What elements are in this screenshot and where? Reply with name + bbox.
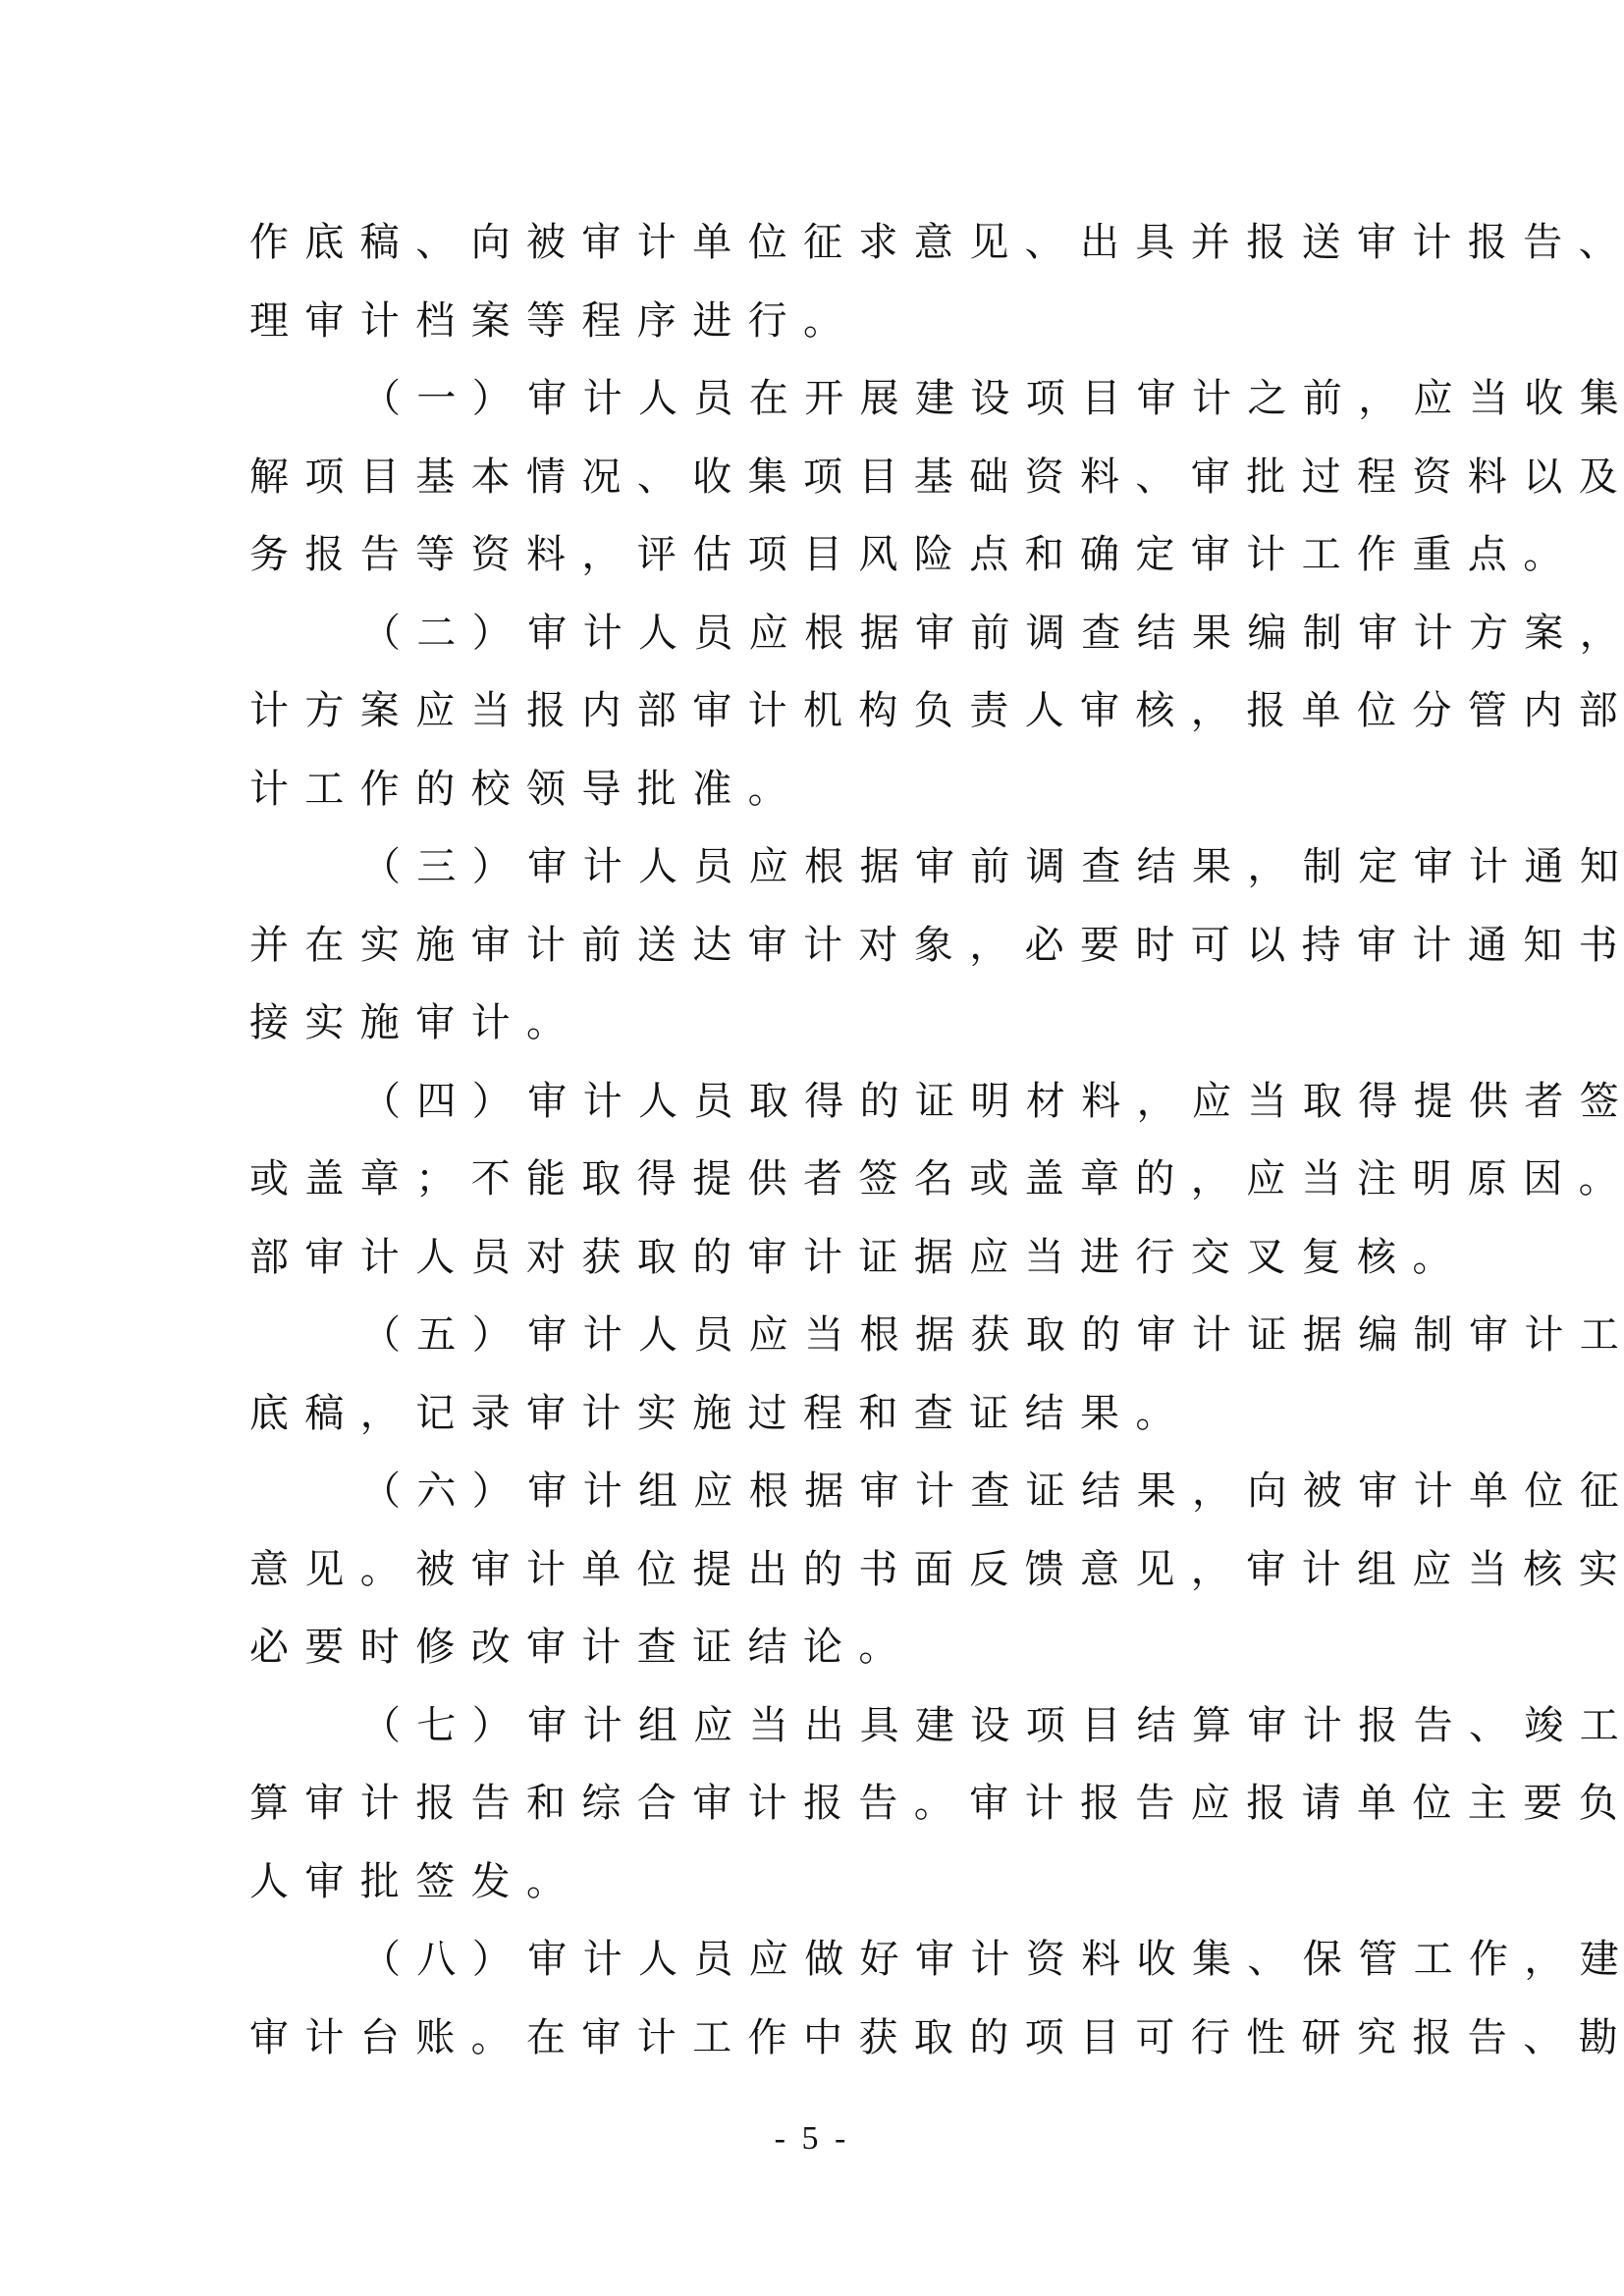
paragraph-6-start: （六）审计组应根据审计查证结果，向被审计单位征求 bbox=[249, 1453, 1377, 1531]
paragraph-2-start: （二）审计人员应根据审前调查结果编制审计方案，审 bbox=[249, 595, 1377, 673]
text-line: 计工作的校领导批准。 bbox=[249, 751, 1377, 829]
text-line: 计方案应当报内部审计机构负责人审核，报单位分管内部审 bbox=[249, 672, 1377, 751]
text-line: 人审批签发。 bbox=[249, 1843, 1377, 1922]
paragraph-8-start: （八）审计人员应做好审计资料收集、保管工作，建立 bbox=[249, 1921, 1377, 2000]
text-line: 部审计人员对获取的审计证据应当进行交叉复核。 bbox=[249, 1219, 1377, 1298]
paragraph-1-start: （一）审计人员在开展建设项目审计之前，应当收集了 bbox=[249, 360, 1377, 439]
paragraph-5-start: （五）审计人员应当根据获取的审计证据编制审计工作 bbox=[249, 1297, 1377, 1375]
body-text: 作底稿、向被审计单位征求意见、出具并报送审计报告、整 理审计档案等程序进行。 （… bbox=[249, 204, 1377, 2077]
text-line: 解项目基本情况、收集项目基础资料、审批过程资料以及财 bbox=[249, 439, 1377, 517]
text-line: 务报告等资料，评估项目风险点和确定审计工作重点。 bbox=[249, 516, 1377, 595]
text-line: 并在实施审计前送达审计对象，必要时可以持审计通知书直 bbox=[249, 907, 1377, 986]
text-line: 必要时修改审计查证结论。 bbox=[249, 1609, 1377, 1687]
text-line: 作底稿、向被审计单位征求意见、出具并报送审计报告、整 bbox=[249, 204, 1377, 283]
text-line: 底稿，记录审计实施过程和查证结果。 bbox=[249, 1375, 1377, 1454]
document-page: 作底稿、向被审计单位征求意见、出具并报送审计报告、整 理审计档案等程序进行。 （… bbox=[0, 0, 1624, 2296]
text-line: 审计台账。在审计工作中获取的项目可行性研究报告、勘察 bbox=[249, 2000, 1377, 2078]
page-number: - 5 - bbox=[0, 2120, 1624, 2158]
text-line: 接实施审计。 bbox=[249, 985, 1377, 1063]
text-line: 意见。被审计单位提出的书面反馈意见，审计组应当核实， bbox=[249, 1531, 1377, 1610]
text-line: 理审计档案等程序进行。 bbox=[249, 283, 1377, 361]
paragraph-4-start: （四）审计人员取得的证明材料，应当取得提供者签名 bbox=[249, 1063, 1377, 1142]
text-line: 算审计报告和综合审计报告。审计报告应报请单位主要负责 bbox=[249, 1765, 1377, 1843]
text-line: 或盖章；不能取得提供者签名或盖章的，应当注明原因。内 bbox=[249, 1141, 1377, 1219]
paragraph-3-start: （三）审计人员应根据审前调查结果，制定审计通知书 bbox=[249, 828, 1377, 907]
paragraph-7-start: （七）审计组应当出具建设项目结算审计报告、竣工决 bbox=[249, 1687, 1377, 1766]
